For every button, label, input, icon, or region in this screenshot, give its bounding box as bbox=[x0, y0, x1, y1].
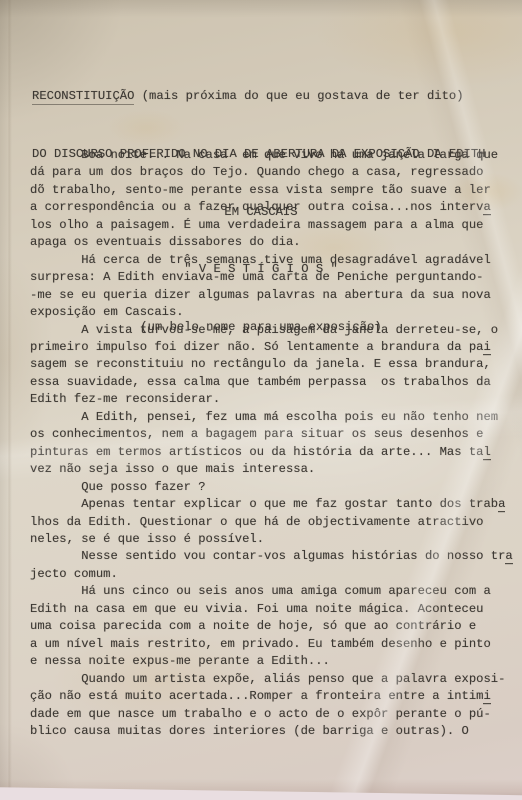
hyphenation-underline: a bbox=[498, 497, 505, 511]
hyphenation-underline: a bbox=[505, 549, 512, 563]
text-line: sagem se reconstituiu no rectângulo da j… bbox=[30, 356, 510, 373]
text-line: primeiro impulso foi dizer não. Só lenta… bbox=[30, 339, 510, 356]
text-line: Nesse sentido vou contar-vos algumas his… bbox=[30, 548, 510, 565]
page-title: RECONSTITUIÇÃO (mais próxima do que eu g… bbox=[32, 87, 522, 106]
text-line: surpresa: A Edith enviava-me uma carta d… bbox=[30, 269, 510, 286]
hyphenation-underline: a bbox=[483, 200, 490, 214]
document-body: Boa noite... Na casa em que vivo há uma … bbox=[30, 147, 510, 740]
hyphenation-underline: l bbox=[483, 445, 490, 459]
text-line: ção não está muito acertada...Romper a f… bbox=[30, 688, 510, 705]
text-line: Edith na casa em que eu vivia. Foi uma n… bbox=[30, 601, 510, 618]
text-line: -me se eu queria dizer algumas palavras … bbox=[30, 287, 510, 304]
text-line: Boa noite... Na casa em que vivo há uma … bbox=[30, 147, 510, 164]
text-line: Apenas tentar explicar o que me faz gost… bbox=[30, 496, 510, 513]
text-line: essa suavidade, essa calma que também pe… bbox=[30, 374, 510, 391]
hyphenation-underline: i bbox=[483, 689, 490, 703]
text-line: pinturas em termos artísticos ou da hist… bbox=[30, 444, 510, 461]
paper-page: RECONSTITUIÇÃO (mais próxima do que eu g… bbox=[0, 0, 522, 800]
text-line: blico causa muitas dores interiores (de … bbox=[30, 723, 510, 740]
text-line: neles, se é que isso é possível. bbox=[30, 531, 510, 548]
text-line: A Edith, pensei, fez uma má escolha pois… bbox=[30, 409, 510, 426]
text-line: Há cerca de três semanas tive uma desagr… bbox=[30, 252, 510, 269]
text-line: Edith fez-me reconsiderar. bbox=[30, 391, 510, 408]
hyphenation-underline: i bbox=[483, 340, 490, 354]
text-line: Que posso fazer ? bbox=[30, 479, 510, 496]
text-line: jecto comum. bbox=[30, 566, 510, 583]
text-line: a um nível mais restrito, em privado. Eu… bbox=[30, 636, 510, 653]
text-line: dá para um dos braços do Tejo. Quando ch… bbox=[30, 164, 510, 181]
text-line: Quando um artista expõe, aliás penso que… bbox=[30, 671, 510, 688]
text-line: apaga os eventuais dissabores do dia. bbox=[30, 234, 510, 251]
text-line: dade em que nasce um trabalho e o acto d… bbox=[30, 706, 510, 723]
text-line: os conhecimentos, nem a bagagem para sit… bbox=[30, 426, 510, 443]
text-line: Há uns cinco ou seis anos uma amiga comu… bbox=[30, 583, 510, 600]
text-line: dõ trabalho, sento-me perante essa vista… bbox=[30, 182, 510, 199]
text-line: exposição em Cascais. bbox=[30, 304, 510, 321]
text-line: a correspondência ou a fazer qualquer ou… bbox=[30, 199, 510, 216]
text-line: A vista turvou-se-me, a paisagem da jane… bbox=[30, 322, 510, 339]
text-line: los olho a paisagem. É uma verdadeira ma… bbox=[30, 217, 510, 234]
text-line: lhos da Edith. Questionar o que há de ob… bbox=[30, 514, 510, 531]
title-word: RECONSTITUIÇÃO bbox=[32, 89, 134, 105]
text-line: uma coisa parecida com a noite de hoje, … bbox=[30, 618, 510, 635]
text-line: vez não seja isso o que mais interessa. bbox=[30, 461, 510, 478]
text-line: e nessa noite expus-me perante a Edith..… bbox=[30, 653, 510, 670]
title-rest: (mais próxima do que eu gostava de ter d… bbox=[134, 89, 463, 103]
